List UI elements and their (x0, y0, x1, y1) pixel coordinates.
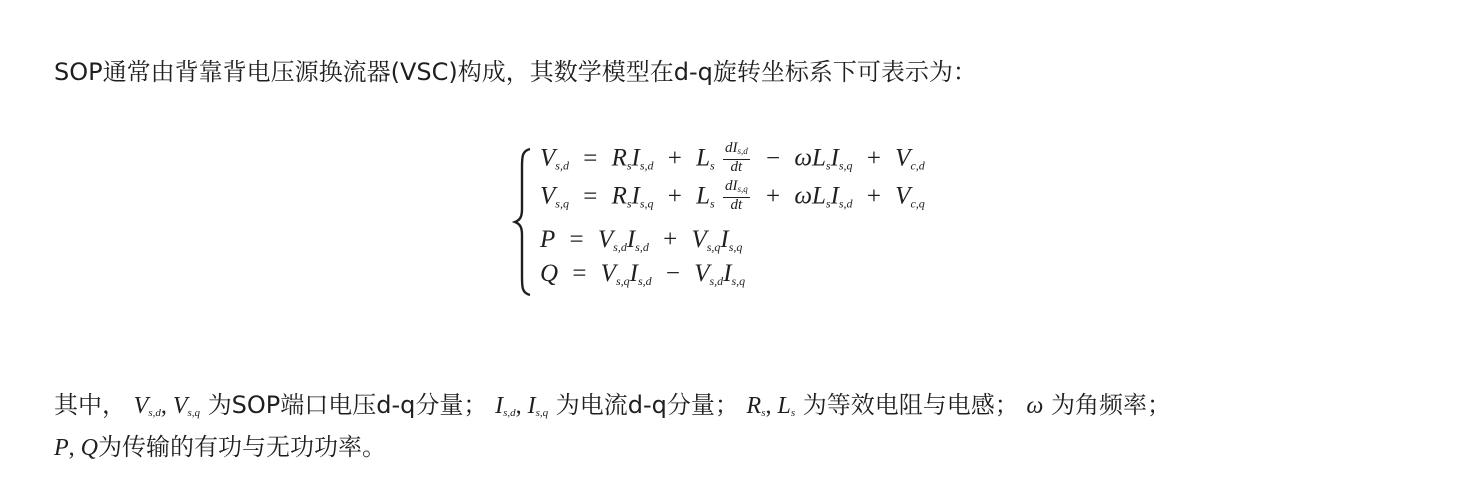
eq-subscript: s,q (707, 240, 721, 254)
eq-symbol: ω (794, 145, 812, 172)
symbol-v: V (134, 393, 149, 419)
eq-subscript: s,d (839, 197, 853, 211)
eq-operator: = (570, 226, 584, 253)
eq-symbol: V (895, 145, 910, 172)
eq-subscript: s,d (737, 146, 747, 156)
eq-symbol: V (540, 183, 555, 210)
eq-subscript: s,q (732, 274, 746, 288)
symbol-l: L (778, 393, 791, 419)
eq-subscript: s,d (613, 240, 627, 254)
eq-subscript: s (710, 159, 715, 173)
eq-symbol: dt (723, 160, 750, 175)
subscript: s,d (503, 407, 516, 419)
symbol-i: I (528, 393, 536, 419)
eq-symbol: V (691, 226, 706, 253)
eq-subscript: s,q (616, 274, 630, 288)
eq-subscript: s (710, 197, 715, 211)
eq-operator: = (572, 260, 586, 287)
equation-vsq: Vs,q = RsIs,q + Ls dIs,qdt + ωLsIs,d + V… (540, 181, 925, 215)
eq-symbol: I (630, 260, 638, 287)
eq-subscript: s,d (555, 159, 569, 173)
eq-operator: − (666, 260, 680, 287)
eq-symbol: V (601, 260, 616, 287)
eq-operator: + (663, 226, 677, 253)
symbol-i: I (495, 393, 503, 419)
desc-omega-text: 为角频率； (1051, 391, 1171, 419)
eq-operator: + (867, 183, 881, 210)
eq-symbol: dt (723, 198, 750, 213)
eq-operator: + (668, 183, 682, 210)
eq-subscript: s,d (640, 159, 654, 173)
eq-symbol: V (540, 145, 555, 172)
left-brace-icon (512, 147, 534, 297)
eq-operator: + (867, 145, 881, 172)
equation-q: Q = Vs,qIs,d − Vs,dIs,q (540, 260, 745, 289)
eq-symbol: I (831, 183, 839, 210)
symbol-r: R (747, 393, 762, 419)
eq-subscript: c,q (910, 197, 924, 211)
eq-subscript: s,q (555, 197, 569, 211)
eq-symbol: I (632, 183, 640, 210)
eq-subscript: s,d (710, 274, 724, 288)
eq-operator: = (583, 145, 597, 172)
eq-symbol: Q (540, 260, 558, 287)
subscript: s,d (148, 407, 161, 419)
eq-subscript: c,d (910, 159, 924, 173)
eq-subscript: s,q (729, 240, 743, 254)
eq-symbol: L (812, 183, 826, 210)
eq-fraction: dIs,qdt (723, 179, 750, 213)
eq-subscript: s,q (640, 197, 654, 211)
desc-prefix: 其中， (54, 391, 126, 419)
symbol-p: P (54, 435, 69, 461)
eq-subscript: s,q (737, 184, 747, 194)
desc-voltage-text: 为SOP端口电压d-q分量； (208, 391, 488, 419)
equation-vsd: Vs,d = RsIs,d + Ls dIs,ddt − ωLsIs,q + V… (540, 143, 925, 177)
eq-symbol: L (696, 183, 710, 210)
comma: , (766, 393, 778, 419)
eq-symbol: I (831, 145, 839, 172)
comma: , (516, 393, 528, 419)
eq-symbol: I (627, 226, 635, 253)
subscript: s (791, 407, 795, 419)
eq-operator: + (668, 145, 682, 172)
eq-symbol: I (723, 260, 731, 287)
eq-fraction: dIs,ddt (723, 141, 750, 175)
symbol-q: Q (81, 435, 98, 461)
symbol-v: V (173, 393, 188, 419)
desc-current-text: 为电流d-q分量； (556, 391, 739, 419)
eq-symbol: R (612, 145, 627, 172)
eq-subscript: s,d (638, 274, 652, 288)
eq-symbol: V (598, 226, 613, 253)
eq-symbol: L (696, 145, 710, 172)
eq-symbol: ω (794, 183, 812, 210)
subscript: s,q (188, 407, 201, 419)
desc-pq-text: 为传输的有功与无功功率。 (98, 433, 386, 461)
desc-rl-text: 为等效电阻与电感； (803, 391, 1019, 419)
eq-operator: − (766, 145, 780, 172)
subscript: s,q (536, 407, 549, 419)
equation-p: P = Vs,dIs,d + Vs,qIs,q (540, 226, 742, 255)
variable-description-line-1: 其中， Vs,d, Vs,q 为SOP端口电压d-q分量； Is,d, Is,q… (54, 387, 1171, 431)
equation-system: Vs,d = RsIs,d + Ls dIs,ddt − ωLsIs,q + V… (512, 143, 1032, 298)
eq-symbol: dI (725, 140, 738, 156)
eq-subscript: s,q (839, 159, 853, 173)
eq-symbol: P (540, 226, 555, 253)
eq-symbol: V (895, 183, 910, 210)
symbol-omega: ω (1026, 393, 1043, 419)
eq-symbol: I (720, 226, 728, 253)
eq-symbol: dI (725, 178, 738, 194)
eq-operator: + (766, 183, 780, 210)
eq-subscript: s,d (635, 240, 649, 254)
eq-symbol: L (812, 145, 826, 172)
eq-operator: = (583, 183, 597, 210)
intro-paragraph: SOP通常由背靠背电压源换流器(VSC)构成，其数学模型在d-q旋转坐标系下可表… (54, 54, 977, 90)
comma: , (69, 435, 81, 461)
eq-symbol: V (694, 260, 709, 287)
eq-symbol: R (612, 183, 627, 210)
comma: , (161, 393, 173, 419)
variable-description-line-2: P, Q为传输的有功与无功功率。 (54, 429, 386, 466)
eq-symbol: I (632, 145, 640, 172)
